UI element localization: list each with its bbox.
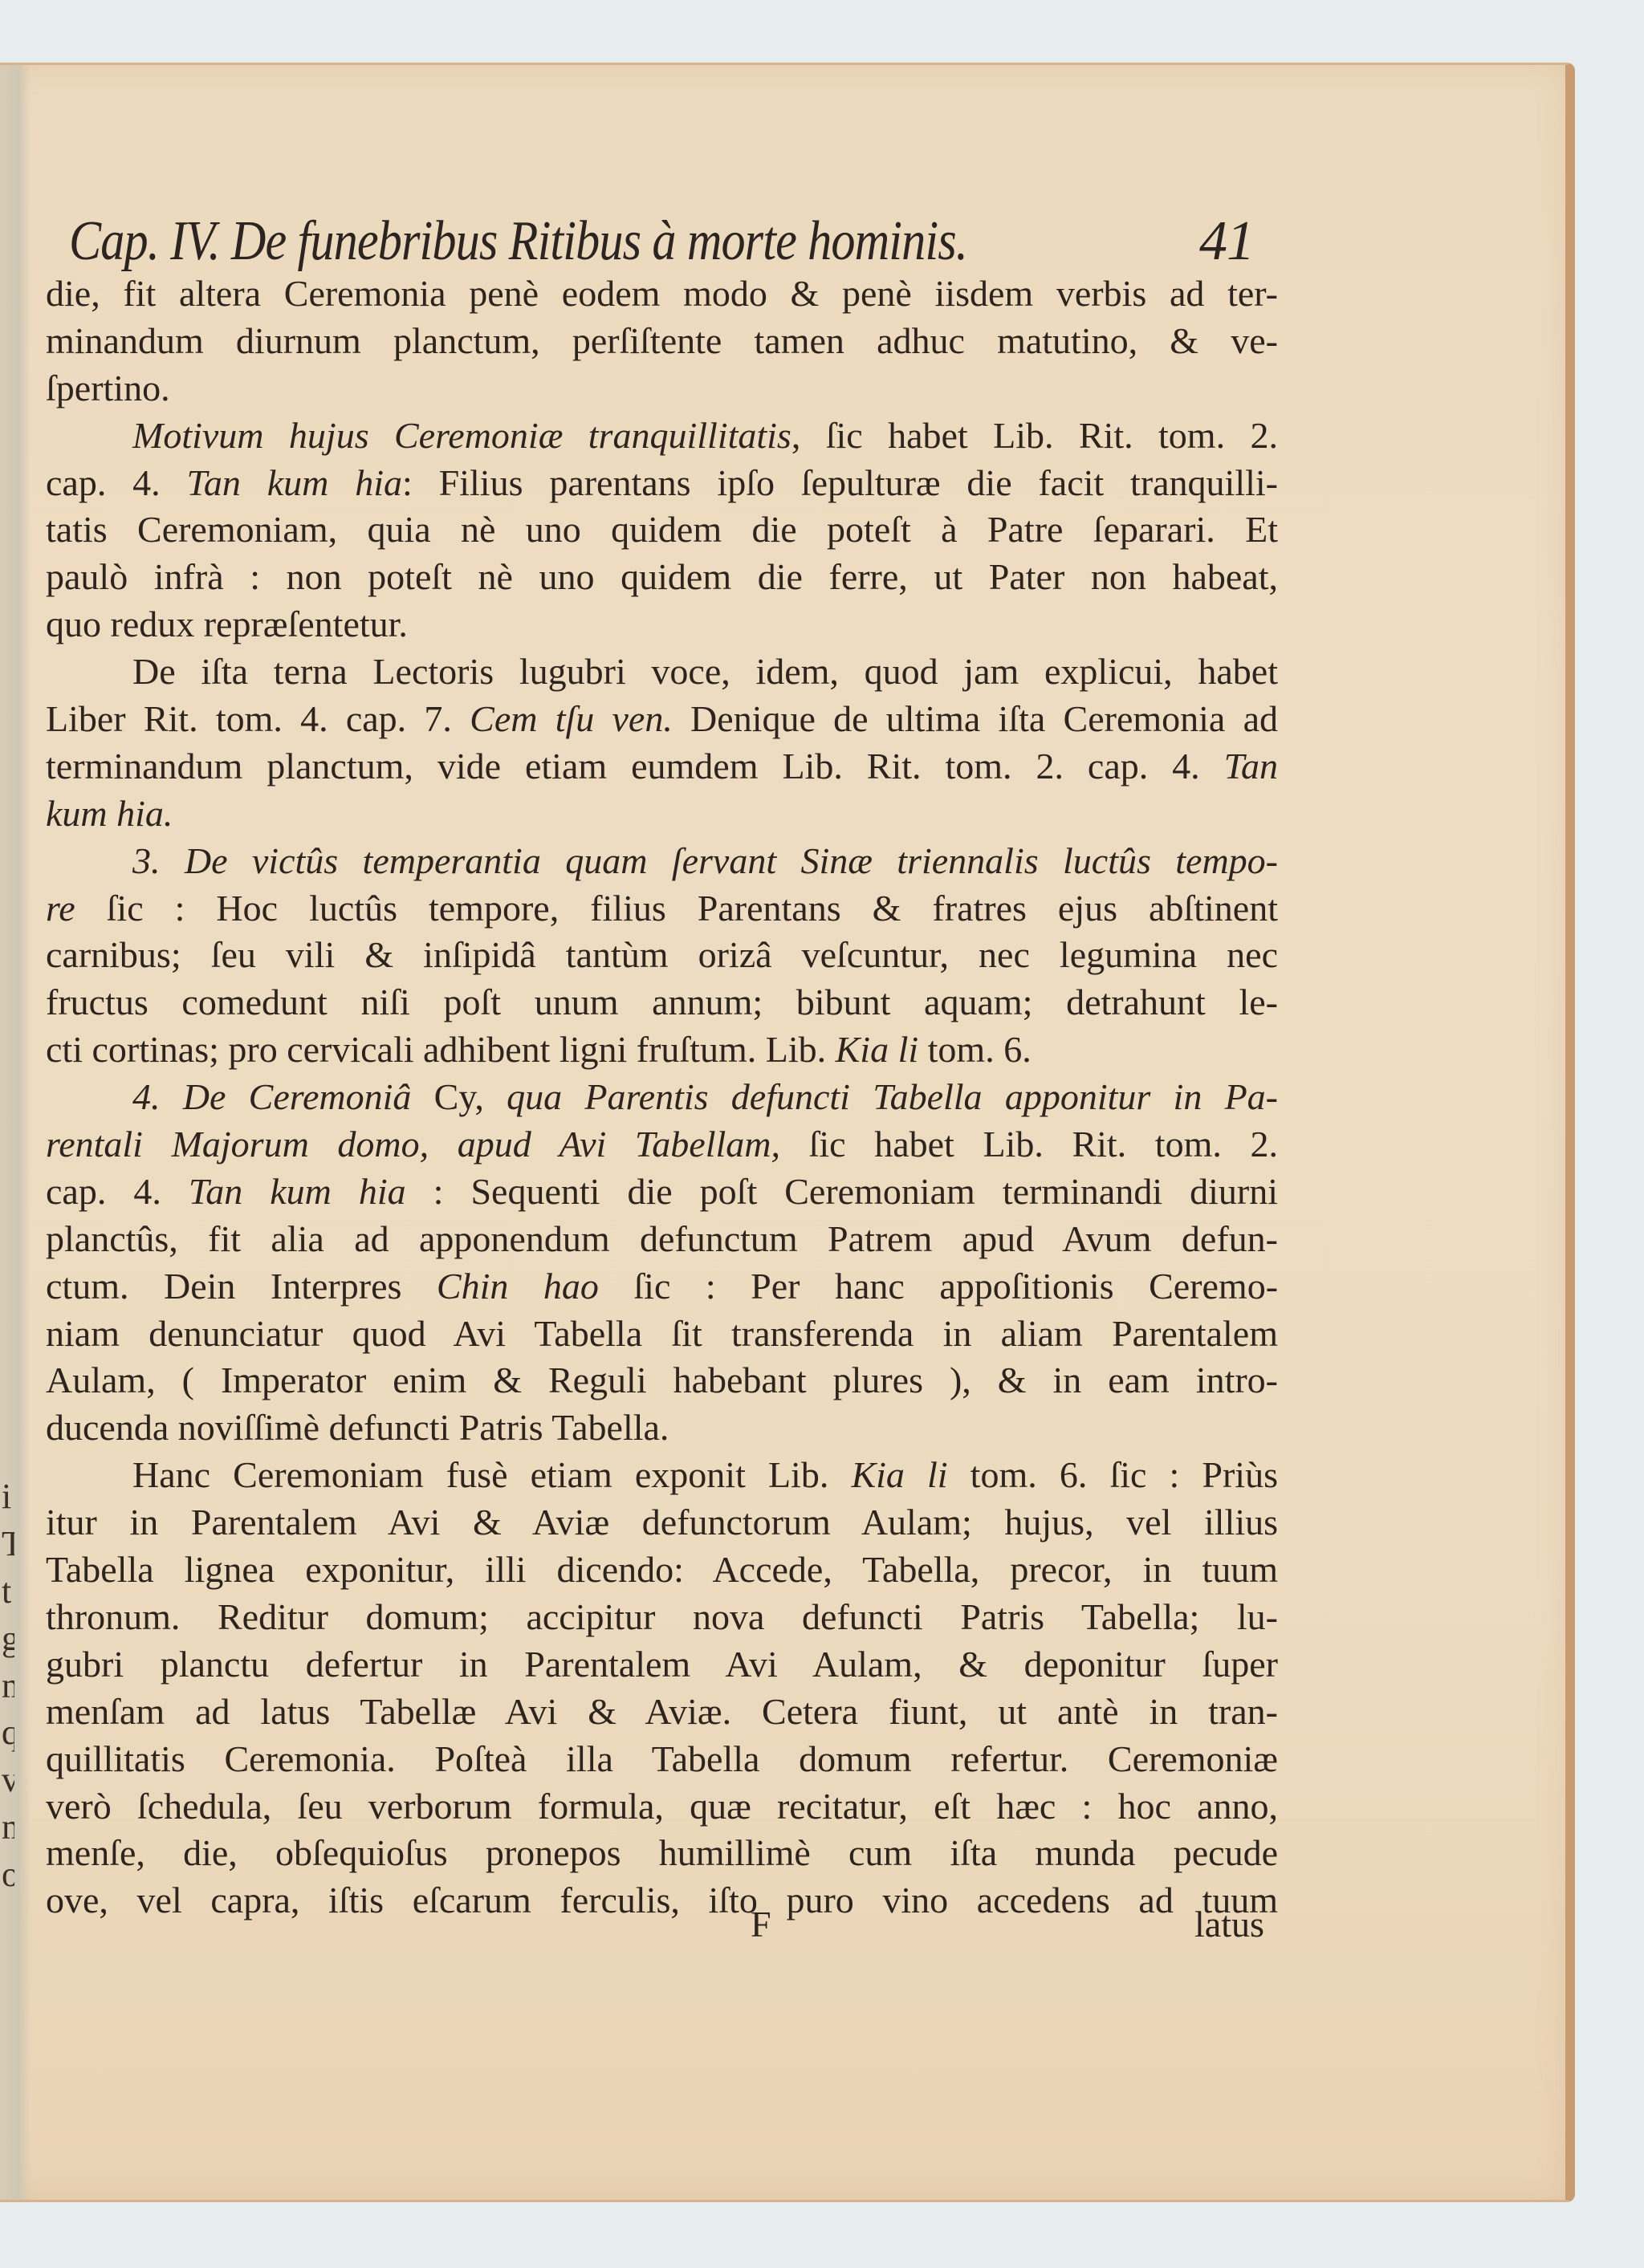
roman-span: Aulam, ( Imperator enim & Reguli habeban… — [46, 1360, 1278, 1400]
roman-span: menſe, die, obſequioſus pronepos humilli… — [46, 1832, 1278, 1873]
text-line: itur in Parentalem Avi & Aviæ defunctoru… — [46, 1499, 1278, 1547]
roman-span: menſam ad latus Tabellæ Avi & Aviæ. Cete… — [46, 1691, 1278, 1732]
text-line: carnibus; ſeu vili & inſipidâ tantùm ori… — [46, 932, 1278, 979]
roman-span: ducenda noviſſimè defuncti Patris Tabell… — [46, 1407, 669, 1448]
margin-char: m — [2, 1804, 14, 1851]
signature-mark: F — [751, 1903, 771, 1945]
roman-span: terminandum planctum, vide etiam eumdem … — [46, 746, 1224, 786]
roman-span: verò ſchedula, ſeu verborum formula, quæ… — [46, 1786, 1278, 1827]
italic-span: rentali Majorum domo, apud Avi Tabellam, — [46, 1124, 780, 1164]
margin-char: i — [2, 1473, 14, 1521]
text-line: quillitatis Ceremonia. Poſteà illa Tabel… — [46, 1736, 1278, 1783]
text-line: tatis Ceremoniam, quia nè uno quidem die… — [46, 506, 1278, 554]
roman-span: : Sequenti die poſt Ceremoniam terminand… — [406, 1171, 1278, 1212]
margin-char: o — [2, 1851, 14, 1899]
italic-span: re — [46, 888, 75, 929]
margin-char: v — [2, 1757, 14, 1804]
italic-span: 3. De victûs temperantia quam ſervant Si… — [132, 840, 1278, 881]
text-line: re ſic : Hoc luctûs tempore, filius Pare… — [46, 885, 1278, 933]
text-line: De iſta terna Lectoris lugubri voce, ide… — [46, 648, 1278, 696]
text-line: menſam ad latus Tabellæ Avi & Aviæ. Cete… — [46, 1689, 1278, 1736]
italic-span: Motivum hujus Ceremoniæ tranquillitatis — [132, 415, 791, 456]
roman-span: Cy, — [411, 1076, 507, 1117]
text-line: Motivum hujus Ceremoniæ tranquillitatis,… — [46, 413, 1278, 460]
roman-span: ctum. Dein Interpres — [46, 1266, 437, 1307]
roman-span: cti cortinas; pro cervicali adhibent lig… — [46, 1029, 836, 1070]
page-number: 41 — [1199, 209, 1254, 274]
text-line: verò ſchedula, ſeu verborum formula, quæ… — [46, 1783, 1278, 1831]
margin-char: g — [2, 1616, 14, 1663]
text-line: Tabella lignea exponitur, illi dicendo: … — [46, 1547, 1278, 1594]
roman-span: paulò infrà : non poteſt nè uno quidem d… — [46, 556, 1278, 597]
italic-span: Cem tſu ven. — [470, 698, 673, 739]
body-text: die, fit altera Ceremonia penè eodem mod… — [46, 270, 1278, 1925]
text-line: cap. 4. Tan kum hia : Sequenti die poſt … — [46, 1169, 1278, 1216]
roman-span: : Filius parentans ipſo ſepulturæ die fa… — [402, 462, 1278, 503]
roman-span: ſic habet Lib. Rit. tom. 2. — [780, 1124, 1278, 1164]
italic-span: Tan kum hia — [189, 1171, 406, 1212]
roman-span: thronum. Reditur domum; accipitur nova d… — [46, 1596, 1278, 1637]
catchword: latus — [1194, 1903, 1264, 1945]
italic-span: 4. De Ceremoniâ — [132, 1076, 411, 1117]
roman-span: itur in Parentalem Avi & Aviæ defunctoru… — [46, 1502, 1278, 1542]
margin-char: m — [2, 1663, 14, 1710]
roman-span: ove, vel capra, iſtis eſcarum ferculis, … — [46, 1880, 1278, 1920]
roman-span: Denique de ultima iſta Ceremonia ad — [673, 698, 1278, 739]
text-line: ove, vel capra, iſtis eſcarum ferculis, … — [46, 1877, 1278, 1925]
text-line: paulò infrà : non poteſt nè uno quidem d… — [46, 554, 1278, 601]
roman-span: cap. 4. — [46, 1171, 189, 1212]
roman-span: planctûs, fit alia ad apponendum defunct… — [46, 1218, 1278, 1259]
roman-span: niam denunciatur quod Avi Tabella ſit tr… — [46, 1313, 1278, 1354]
italic-span: qua Parentis defuncti Tabella apponitur … — [507, 1076, 1278, 1117]
text-line: rentali Majorum domo, apud Avi Tabellam,… — [46, 1121, 1278, 1169]
roman-span: ſic : Hoc luctûs tempore, filius Parenta… — [75, 888, 1278, 929]
text-line: planctûs, fit alia ad apponendum defunct… — [46, 1216, 1278, 1263]
margin-char: T — [2, 1521, 14, 1568]
text-line: Hanc Ceremoniam fusè etiam exponit Lib. … — [46, 1452, 1278, 1499]
text-line: 3. De victûs temperantia quam ſervant Si… — [46, 838, 1278, 885]
roman-span: , ſic habet Lib. Rit. tom. 2. — [791, 415, 1278, 456]
text-line: thronum. Reditur domum; accipitur nova d… — [46, 1594, 1278, 1641]
chapter-title: Cap. IV. De funebribus Ritibus à morte h… — [69, 209, 967, 274]
roman-span: minandum diurnum planctum, perſiſtente t… — [46, 320, 1278, 361]
text-line: cap. 4. Tan kum hia: Filius parentans ip… — [46, 460, 1278, 507]
text-line: minandum diurnum planctum, perſiſtente t… — [46, 318, 1278, 365]
roman-span: ſic : Per hanc appoſitionis Ceremo- — [599, 1266, 1278, 1307]
roman-span: cap. 4. — [46, 462, 187, 503]
roman-span: tom. 6. — [918, 1029, 1032, 1070]
facing-page-margin: i T t g m q v m o — [2, 1473, 14, 1899]
text-line: fructus comedunt niſi poſt unum annum; b… — [46, 979, 1278, 1026]
roman-span: Liber Rit. tom. 4. cap. 7. — [46, 698, 470, 739]
roman-span: ſpertino. — [46, 368, 170, 408]
text-line: kum hia. — [46, 791, 1278, 838]
text-line: Liber Rit. tom. 4. cap. 7. Cem tſu ven. … — [46, 696, 1278, 743]
text-line: terminandum planctum, vide etiam eumdem … — [46, 743, 1278, 791]
roman-span: quillitatis Ceremonia. Poſteà illa Tabel… — [46, 1738, 1278, 1779]
italic-span: Chin hao — [437, 1266, 599, 1307]
roman-span: tom. 6. ſic : Priùs — [948, 1454, 1278, 1495]
roman-span: De iſta terna Lectoris lugubri voce, ide… — [132, 651, 1278, 692]
text-line: gubri planctu defertur in Parentalem Avi… — [46, 1641, 1278, 1689]
roman-span: Hanc Ceremoniam fusè etiam exponit Lib. — [132, 1454, 851, 1495]
margin-char: t — [2, 1568, 14, 1616]
roman-span: fructus comedunt niſi poſt unum annum; b… — [46, 982, 1278, 1022]
text-line: quo redux repræſentetur. — [46, 601, 1278, 648]
italic-span: Tan — [1224, 746, 1278, 786]
italic-span: Kia li — [836, 1029, 919, 1070]
roman-span: die, fit altera Ceremonia penè eodem mod… — [46, 273, 1278, 314]
margin-char: q — [2, 1709, 14, 1757]
text-line: menſe, die, obſequioſus pronepos humilli… — [46, 1830, 1278, 1877]
roman-span: gubri planctu defertur in Parentalem Avi… — [46, 1644, 1278, 1685]
italic-span: kum hia. — [46, 793, 173, 834]
italic-span: Tan kum hia — [187, 462, 402, 503]
text-line: ducenda noviſſimè defuncti Patris Tabell… — [46, 1404, 1278, 1452]
roman-span: carnibus; ſeu vili & inſipidâ tantùm ori… — [46, 934, 1278, 975]
text-line: cti cortinas; pro cervicali adhibent lig… — [46, 1026, 1278, 1074]
text-line: ſpertino. — [46, 365, 1278, 413]
roman-span: quo redux repræſentetur. — [46, 604, 408, 644]
text-line: die, fit altera Ceremonia penè eodem mod… — [46, 270, 1278, 318]
text-line: ctum. Dein Interpres Chin hao ſic : Per … — [46, 1263, 1278, 1311]
text-line: 4. De Ceremoniâ Cy, qua Parentis defunct… — [46, 1074, 1278, 1121]
roman-span: tatis Ceremoniam, quia nè uno quidem die… — [46, 509, 1278, 550]
italic-span: Kia li — [851, 1454, 947, 1495]
roman-span: Tabella lignea exponitur, illi dicendo: … — [46, 1549, 1278, 1590]
text-line: Aulam, ( Imperator enim & Reguli habeban… — [46, 1357, 1278, 1404]
text-line: niam denunciatur quod Avi Tabella ſit tr… — [46, 1311, 1278, 1358]
book-page: i T t g m q v m o Cap. IV. De funebribus… — [0, 63, 1575, 2202]
